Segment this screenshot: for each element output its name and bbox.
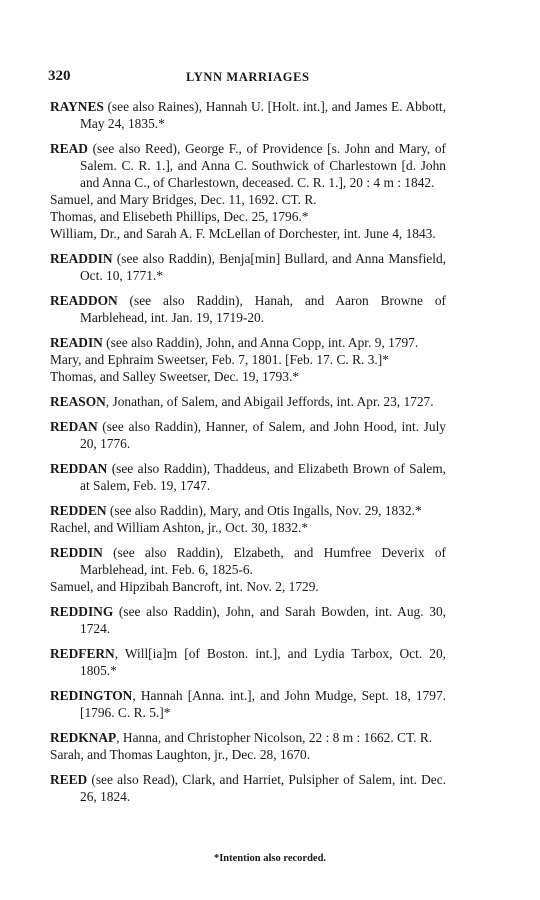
page-header: 320 LYNN MARRIAGES <box>48 68 468 88</box>
surname: REDKNAP <box>50 730 116 745</box>
entry-text: (see also Raddin), Elzabeth, and Humfree… <box>80 545 446 577</box>
entry-text: , Hanna, and Christopher Nicolson, 22 : … <box>116 730 432 745</box>
entry-text: (see also Raddin), John, and Sarah Bowde… <box>80 604 446 636</box>
entry-redden-rachel: Rachel, and William Ashton, jr., Oct. 30… <box>50 519 446 536</box>
entry-text: (see also Raines), Hannah U. [Holt. int.… <box>80 99 446 131</box>
surname: READDON <box>50 293 118 308</box>
entry-text: Mary, and Ephraim Sweetser, Feb. 7, 1801… <box>50 352 389 367</box>
entry-text: , Will[ia]m [of Boston. int.], and Lydia… <box>80 646 446 678</box>
entry-text: (see also Raddin), Hanner, of Salem, and… <box>80 419 446 451</box>
entry-redfern: REDFERN, Will[ia]m [of Boston. int.], an… <box>50 645 446 679</box>
entry-text: (see also Raddin), Thaddeus, and Elizabe… <box>80 461 446 493</box>
entry-text: , Jonathan, of Salem, and Abigail Jeffor… <box>106 394 434 409</box>
running-title: LYNN MARRIAGES <box>186 70 310 85</box>
footnote: *Intention also recorded. <box>0 853 540 864</box>
marriage-entries: RAYNES (see also Raines), Hannah U. [Hol… <box>50 98 446 805</box>
entry-text: Samuel, and Hipzibah Bancroft, int. Nov.… <box>50 579 319 594</box>
entry-text: Sarah, and Thomas Laughton, jr., Dec. 28… <box>50 747 310 762</box>
entry-reddan: REDDAN (see also Raddin), Thaddeus, and … <box>50 460 446 494</box>
surname: REASON <box>50 394 106 409</box>
entry-redding: REDDING (see also Raddin), John, and Sar… <box>50 603 446 637</box>
entry-text: Thomas, and Salley Sweetser, Dec. 19, 17… <box>50 369 299 384</box>
entry-reason: REASON, Jonathan, of Salem, and Abigail … <box>50 393 446 410</box>
entry-read-william: William, Dr., and Sarah A. F. McLellan o… <box>50 225 446 242</box>
page-number: 320 <box>48 68 71 85</box>
surname: READDIN <box>50 251 113 266</box>
entry-reddin-samuel: Samuel, and Hipzibah Bancroft, int. Nov.… <box>50 578 446 595</box>
entry-readin-mary: Mary, and Ephraim Sweetser, Feb. 7, 1801… <box>50 351 446 368</box>
entry-text: (see also Reed), George F., of Providenc… <box>80 141 446 190</box>
surname: READIN <box>50 335 103 350</box>
entry-read-thomas: Thomas, and Elisebeth Phillips, Dec. 25,… <box>50 208 446 225</box>
entry-text: Thomas, and Elisebeth Phillips, Dec. 25,… <box>50 209 308 224</box>
surname: REDDING <box>50 604 113 619</box>
surname: REDDAN <box>50 461 107 476</box>
surname: REDAN <box>50 419 98 434</box>
entry-raynes: RAYNES (see also Raines), Hannah U. [Hol… <box>50 98 446 132</box>
entry-text: Rachel, and William Ashton, jr., Oct. 30… <box>50 520 308 535</box>
entry-reddin: REDDIN (see also Raddin), Elzabeth, and … <box>50 544 446 578</box>
entry-text: (see also Read), Clark, and Harriet, Pul… <box>80 772 446 804</box>
entry-text: , Hannah [Anna. int.], and John Mudge, S… <box>80 688 446 720</box>
entry-readin: READIN (see also Raddin), John, and Anna… <box>50 334 446 351</box>
surname: REDDEN <box>50 503 107 518</box>
entry-text: (see also Raddin), Hanah, and Aaron Brow… <box>80 293 446 325</box>
surname: REDINGTON <box>50 688 132 703</box>
surname: REED <box>50 772 87 787</box>
entry-redington: REDINGTON, Hannah [Anna. int.], and John… <box>50 687 446 721</box>
surname: REDFERN <box>50 646 115 661</box>
document-page: 320 LYNN MARRIAGES RAYNES (see also Rain… <box>0 0 540 900</box>
entry-readdin: READDIN (see also Raddin), Benja[min] Bu… <box>50 250 446 284</box>
entry-read-samuel: Samuel, and Mary Bridges, Dec. 11, 1692.… <box>50 191 446 208</box>
entry-text: (see also Raddin), Benja[min] Bullard, a… <box>80 251 446 283</box>
entry-redknap: REDKNAP, Hanna, and Christopher Nicolson… <box>50 729 446 746</box>
entry-text: (see also Raddin), Mary, and Otis Ingall… <box>107 503 422 518</box>
entry-read: READ (see also Reed), George F., of Prov… <box>50 140 446 191</box>
entry-reed: REED (see also Read), Clark, and Harriet… <box>50 771 446 805</box>
entry-redknap-sarah: Sarah, and Thomas Laughton, jr., Dec. 28… <box>50 746 446 763</box>
entry-readin-thomas: Thomas, and Salley Sweetser, Dec. 19, 17… <box>50 368 446 385</box>
surname: RAYNES <box>50 99 104 114</box>
entry-text: William, Dr., and Sarah A. F. McLellan o… <box>50 226 436 241</box>
surname: REDDIN <box>50 545 103 560</box>
entry-redan: REDAN (see also Raddin), Hanner, of Sale… <box>50 418 446 452</box>
surname: READ <box>50 141 88 156</box>
entry-redden: REDDEN (see also Raddin), Mary, and Otis… <box>50 502 446 519</box>
entry-text: Samuel, and Mary Bridges, Dec. 11, 1692.… <box>50 192 317 207</box>
entry-text: (see also Raddin), John, and Anna Copp, … <box>103 335 418 350</box>
entry-readdon: READDON (see also Raddin), Hanah, and Aa… <box>50 292 446 326</box>
